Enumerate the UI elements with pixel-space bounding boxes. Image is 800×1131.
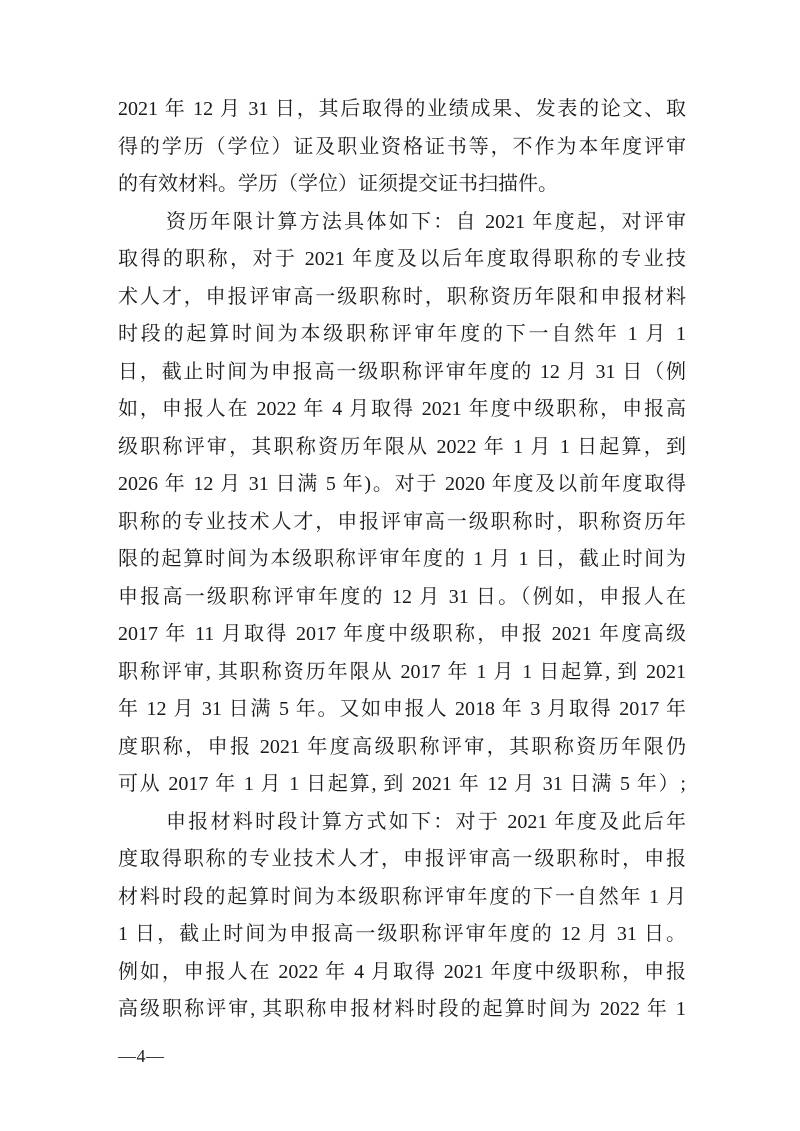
text-line: 高级职称评审, 其职称申报材料时段的起算时间为 2022 年 1 xyxy=(118,991,686,1029)
text-line: 职称的专业技术人才，申报评审高一级职称时，职称资历年 xyxy=(118,504,686,542)
text-line: 申报高一级职称评审年度的 12 月 31 日。（例如，申报人在 xyxy=(118,579,686,617)
text-line: 如，申报人在 2022 年 4 月取得 2021 年度中级职称，申报高 xyxy=(118,391,686,429)
text-line: 职称评审, 其职称资历年限从 2017 年 1 月 1 日起算, 到 2021 xyxy=(118,654,686,692)
document-body-text: 2021 年 12 月 31 日，其后取得的业绩成果、发表的论文、取 得的学历（… xyxy=(118,91,686,1029)
text-line: 申报材料时段计算方式如下：对于 2021 年度及此后年 xyxy=(118,804,686,842)
text-line: 1 日，截止时间为申报高一级职称评审年度的 12 月 31 日。 xyxy=(118,916,686,954)
text-line: 资历年限计算方法具体如下：自 2021 年度起，对评审 xyxy=(118,204,686,242)
text-line: 术人才，申报评审高一级职称时，职称资历年限和申报材料 xyxy=(118,279,686,317)
text-line: 例如，申报人在 2022 年 4 月取得 2021 年度中级职称，申报 xyxy=(118,954,686,992)
text-line: 限的起算时间为本级职称评审年度的 1 月 1 日，截止时间为 xyxy=(118,541,686,579)
text-line: 的有效材料。学历（学位）证须提交证书扫描件。 xyxy=(118,166,686,204)
text-line: 时段的起算时间为本级职称评审年度的下一自然年 1 月 1 xyxy=(118,316,686,354)
text-line: 材料时段的起算时间为本级职称评审年度的下一自然年 1 月 xyxy=(118,879,686,917)
text-line: 可从 2017 年 1 月 1 日起算, 到 2021 年 12 月 31 日满… xyxy=(118,766,686,804)
text-line: 2017 年 11 月取得 2017 年度中级职称，申报 2021 年度高级 xyxy=(118,616,686,654)
text-line: 取得的职称，对于 2021 年度及以后年度取得职称的专业技 xyxy=(118,241,686,279)
page-number: —4— xyxy=(118,1044,165,1068)
text-line: 2021 年 12 月 31 日，其后取得的业绩成果、发表的论文、取 xyxy=(118,91,686,129)
text-line: 2026 年 12 月 31 日满 5 年)。对于 2020 年度及以前年度取得 xyxy=(118,466,686,504)
text-line: 得的学历（学位）证及职业资格证书等，不作为本年度评审 xyxy=(118,129,686,167)
text-line: 级职称评审，其职称资历年限从 2022 年 1 月 1 日起算，到 xyxy=(118,429,686,467)
text-line: 年 12 月 31 日满 5 年。又如申报人 2018 年 3 月取得 2017… xyxy=(118,691,686,729)
text-line: 度职称，申报 2021 年度高级职称评审，其职称资历年限仍 xyxy=(118,729,686,767)
document-page: 2021 年 12 月 31 日，其后取得的业绩成果、发表的论文、取 得的学历（… xyxy=(0,0,800,1131)
text-line: 度取得职称的专业技术人才，申报评审高一级职称时，申报 xyxy=(118,841,686,879)
text-line: 日，截止时间为申报高一级职称评审年度的 12 月 31 日（例 xyxy=(118,354,686,392)
